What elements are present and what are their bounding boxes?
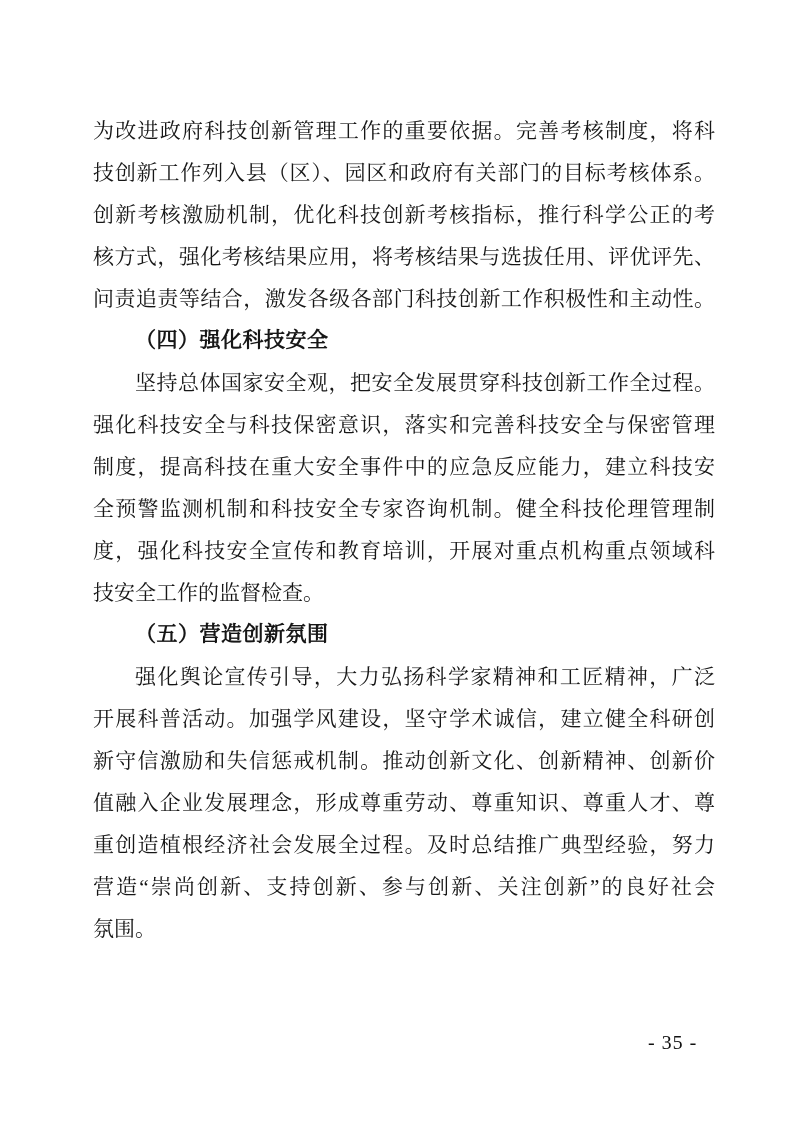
body-text-line: 技安全工作的监督检查。 [93,572,715,614]
body-text-line: 值融入企业发展理念，形成尊重劳动、尊重知识、尊重人才、尊 [93,782,715,824]
body-text-line: 重创造植根经济社会发展全过程。及时总结推广典型经验，努力 [93,824,715,866]
document-body: 为改进政府科技创新管理工作的重要依据。完善考核制度，将科技创新工作列入县（区）、… [93,110,715,950]
section-heading: （五）营造创新氛围 [93,614,715,656]
body-text-line: 全预警监测机制和科技安全专家咨询机制。健全科技伦理管理制 [93,488,715,530]
body-text-line: 坚持总体国家安全观，把安全发展贯穿科技创新工作全过程。 [93,362,715,404]
body-text-line: 核方式，强化考核结果应用，将考核结果与选拔任用、评优评先、 [93,236,715,278]
section-heading: （四）强化科技安全 [93,320,715,362]
body-text-line: 强化科技安全与科技保密意识，落实和完善科技安全与保密管理 [93,404,715,446]
document-page: 为改进政府科技创新管理工作的重要依据。完善考核制度，将科技创新工作列入县（区）、… [0,0,793,1122]
body-text-line: 度，强化科技安全宣传和教育培训，开展对重点机构重点领域科 [93,530,715,572]
body-text-line: 营造“崇尚创新、支持创新、参与创新、关注创新”的良好社会 [93,866,715,908]
body-text-line: 问责追责等结合，激发各级各部门科技创新工作积极性和主动性。 [93,278,715,320]
body-text-line: 开展科普活动。加强学风建设，坚守学术诚信，建立健全科研创 [93,698,715,740]
body-text-line: 为改进政府科技创新管理工作的重要依据。完善考核制度，将科 [93,110,715,152]
body-text-line: 强化舆论宣传引导，大力弘扬科学家精神和工匠精神，广泛 [93,656,715,698]
body-text-line: 新守信激励和失信惩戒机制。推动创新文化、创新精神、创新价 [93,740,715,782]
body-text-line: 制度，提高科技在重大安全事件中的应急反应能力，建立科技安 [93,446,715,488]
body-text-line: 氛围。 [93,908,715,950]
body-text-line: 技创新工作列入县（区）、园区和政府有关部门的目标考核体系。 [93,152,715,194]
body-text-line: 创新考核激励机制，优化科技创新考核指标，推行科学公正的考 [93,194,715,236]
page-number: - 35 - [648,1032,697,1055]
